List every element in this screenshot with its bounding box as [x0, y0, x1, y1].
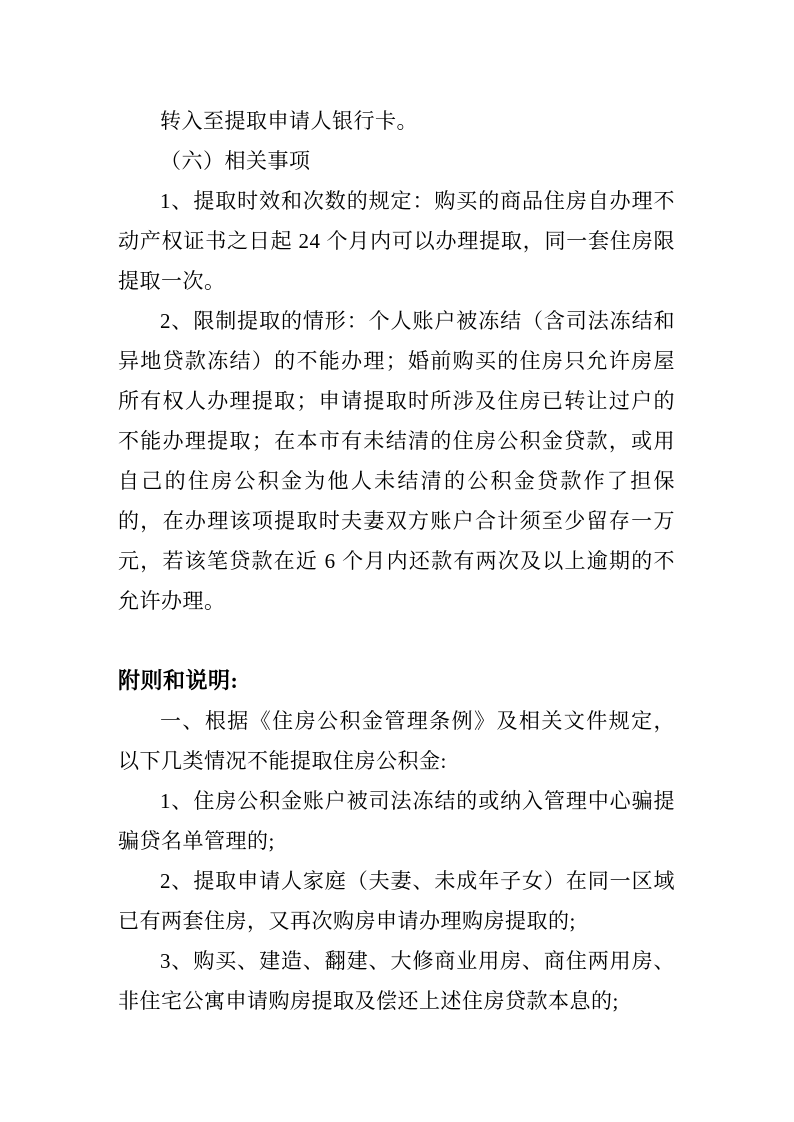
- document-body: 转入至提取申请人银行卡。 （六）相关事项 1、提取时效和次数的规定：购买的商品住…: [118, 101, 675, 1021]
- appendix-heading: 附则和说明:: [118, 661, 675, 701]
- paragraph-related-matters-heading: （六）相关事项: [118, 141, 675, 181]
- paragraph-appendix-item-1: 1、住房公积金账户被司法冻结的或纳入管理中心骗提骗贷名单管理的;: [118, 781, 675, 861]
- paragraph-withdrawal-restrictions: 2、限制提取的情形：个人账户被冻结（含司法冻结和异地贷款冻结）的不能办理；婚前购…: [118, 301, 675, 621]
- paragraph-appendix-item-2: 2、提取申请人家庭（夫妻、未成年子女）在同一区域已有两套住房，又再次购房申请办理…: [118, 861, 675, 941]
- blank-line-spacer: [118, 621, 675, 661]
- paragraph-withdrawal-time-limit: 1、提取时效和次数的规定：购买的商品住房自办理不动产权证书之日起 24 个月内可…: [118, 181, 675, 301]
- document-page: 转入至提取申请人银行卡。 （六）相关事项 1、提取时效和次数的规定：购买的商品住…: [0, 0, 794, 1122]
- paragraph-appendix-intro: 一、根据《住房公积金管理条例》及相关文件规定，以下几类情况不能提取住房公积金:: [118, 701, 675, 781]
- paragraph-transfer-to-bank-card: 转入至提取申请人银行卡。: [118, 101, 675, 141]
- paragraph-appendix-item-3: 3、购买、建造、翻建、大修商业用房、商住两用房、非住宅公寓申请购房提取及偿还上述…: [118, 941, 675, 1021]
